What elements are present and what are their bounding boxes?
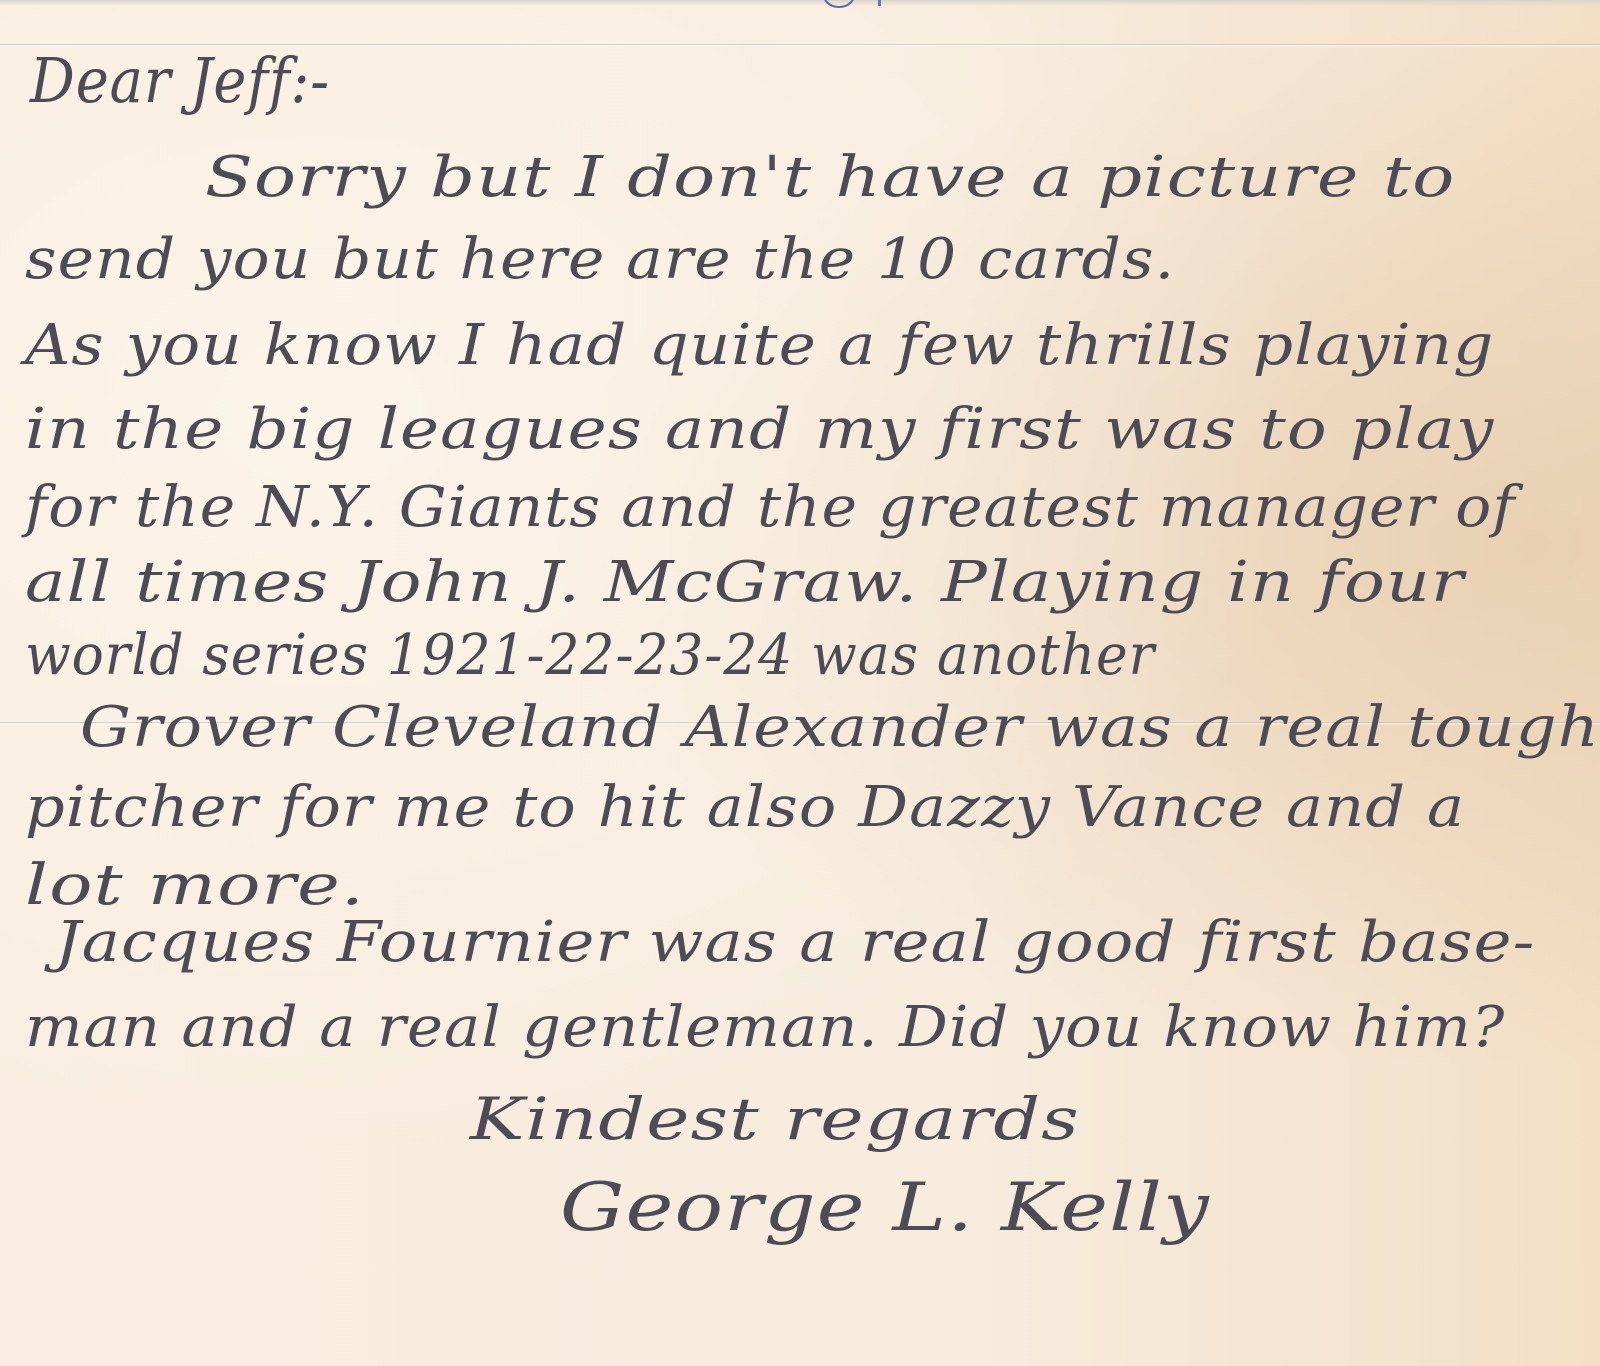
letter-line: Sorry but I don't have a picture to bbox=[205, 150, 1455, 206]
letter-line: send you but here are the 10 cards. bbox=[25, 232, 1175, 288]
letter-paper: Dear Jeff:- Sorry but I don't have a pic… bbox=[0, 0, 1600, 1366]
letter-line: Grover Cleveland Alexander was a real to… bbox=[80, 700, 1600, 756]
letter-line: man and a real gentleman. Did you know h… bbox=[25, 1000, 1505, 1056]
blue-ink-dot bbox=[878, 0, 881, 6]
signature: George L. Kelly bbox=[560, 1175, 1210, 1241]
letter-line: all times John J. McGraw. Playing in fou… bbox=[25, 555, 1465, 611]
letter-line: world series 1921-22-23-24 was another bbox=[25, 628, 1155, 684]
letter-line: lot more. bbox=[25, 858, 365, 914]
closing: Kindest regards bbox=[470, 1090, 1080, 1148]
letter-line: in the big leagues and my first was to p… bbox=[25, 402, 1494, 458]
letter-line: As you know I had quite a few thrills pl… bbox=[25, 318, 1494, 374]
letter-line: Jacques Fournier was a real good first b… bbox=[55, 915, 1535, 971]
salutation: Dear Jeff:- bbox=[30, 50, 330, 112]
letter-line: for the N.Y. Giants and the greatest man… bbox=[25, 480, 1516, 536]
letter-line: pitcher for me to hit also Dazzy Vance a… bbox=[25, 780, 1465, 836]
paper-top-edge bbox=[0, 0, 1600, 6]
